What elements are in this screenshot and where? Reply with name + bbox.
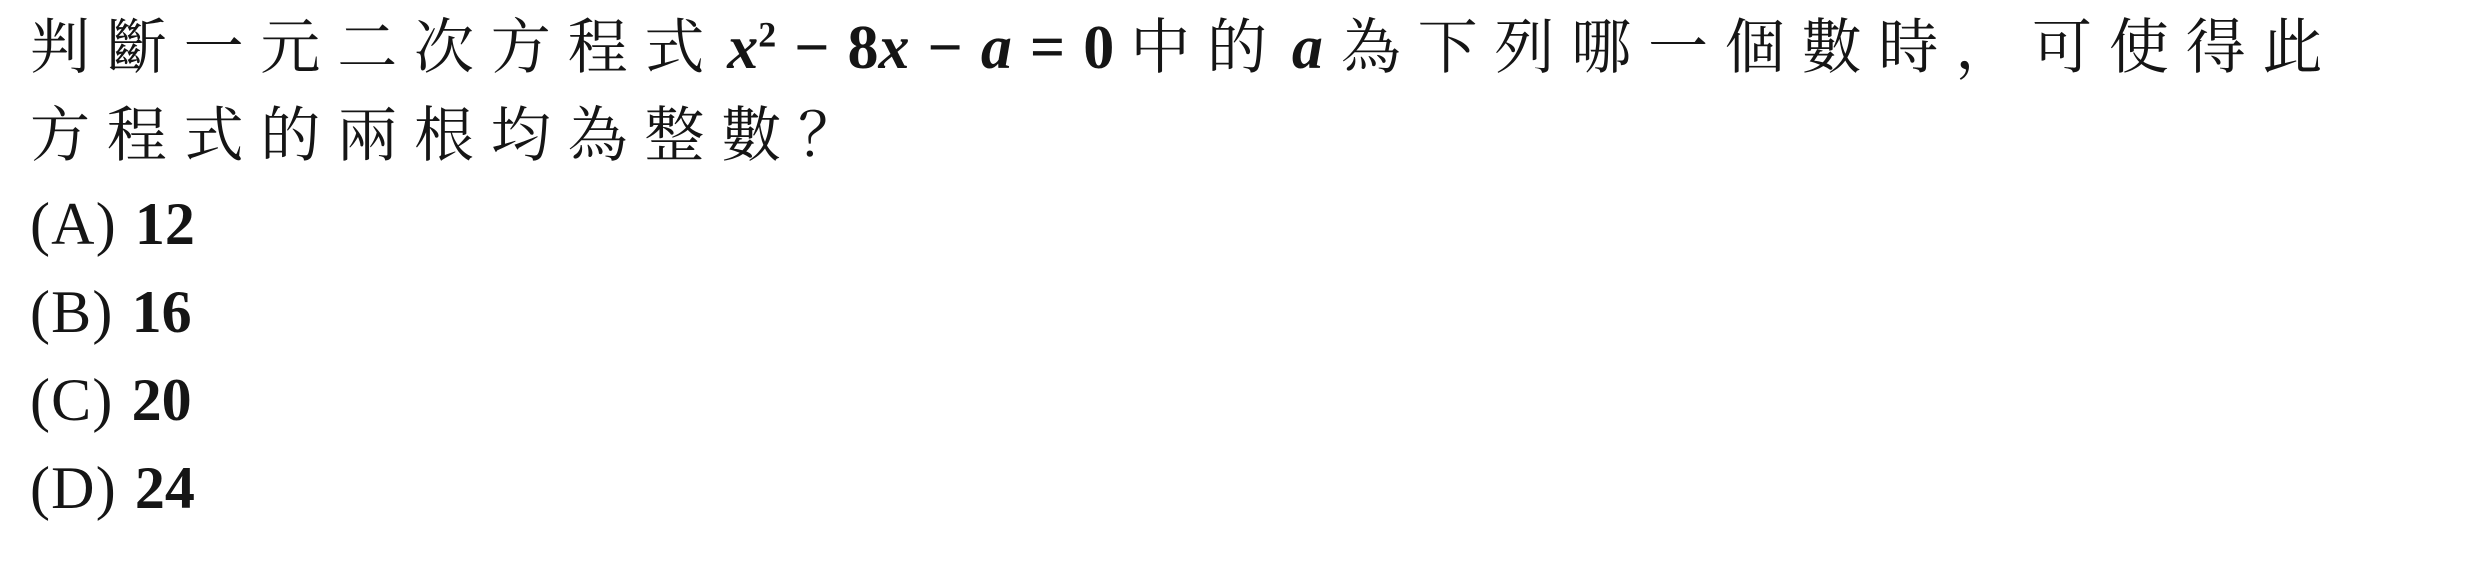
options-list: (A)12 (B)16 (C)20 (D)24 <box>30 180 2470 532</box>
equation-equals-sign: = <box>1030 14 1065 82</box>
option-a-label: (A) <box>30 191 117 257</box>
option-b-value: 16 <box>132 279 192 345</box>
equation-variable-x: x <box>727 14 758 82</box>
option-row-b: (B)16 <box>30 268 2470 356</box>
question-text-suffix: 為下列哪一個數時，可使得此 <box>1341 15 2339 81</box>
option-c-label: (C) <box>30 367 114 433</box>
option-row-d: (D)24 <box>30 444 2470 532</box>
option-b-label: (B) <box>30 279 114 345</box>
option-c-value: 20 <box>132 367 192 433</box>
equation-variable-a: a <box>981 14 1012 82</box>
option-a-value: 12 <box>135 191 195 257</box>
equation-minus-sign: − <box>928 14 963 82</box>
equation-coefficient: 8 <box>848 14 879 82</box>
question-page: 判斷一元二次方程式x2−8x−a=0中的a為下列哪一個數時，可使得此 方程式的兩… <box>0 0 2470 580</box>
quadratic-equation: x2−8x−a=0 <box>727 14 1114 82</box>
equation-variable-x: x <box>879 14 910 82</box>
question-line-1: 判斷一元二次方程式x2−8x−a=0中的a為下列哪一個數時，可使得此 <box>30 4 2470 92</box>
option-d-value: 24 <box>135 455 195 521</box>
option-row-c: (C)20 <box>30 356 2470 444</box>
equation-minus-sign: − <box>794 14 829 82</box>
question-line-2: 方程式的兩根均為整數？ <box>30 92 2470 180</box>
equation-zero: 0 <box>1083 14 1114 82</box>
option-d-label: (D) <box>30 455 117 521</box>
equation-exponent: 2 <box>758 14 776 54</box>
option-row-a: (A)12 <box>30 180 2470 268</box>
inline-variable-a: a <box>1292 14 1323 82</box>
question-text-prefix: 判斷一元二次方程式 <box>30 15 721 81</box>
question-text-mid: 中的 <box>1130 15 1284 81</box>
question-text-line2: 方程式的兩根均為整數？ <box>30 103 875 169</box>
